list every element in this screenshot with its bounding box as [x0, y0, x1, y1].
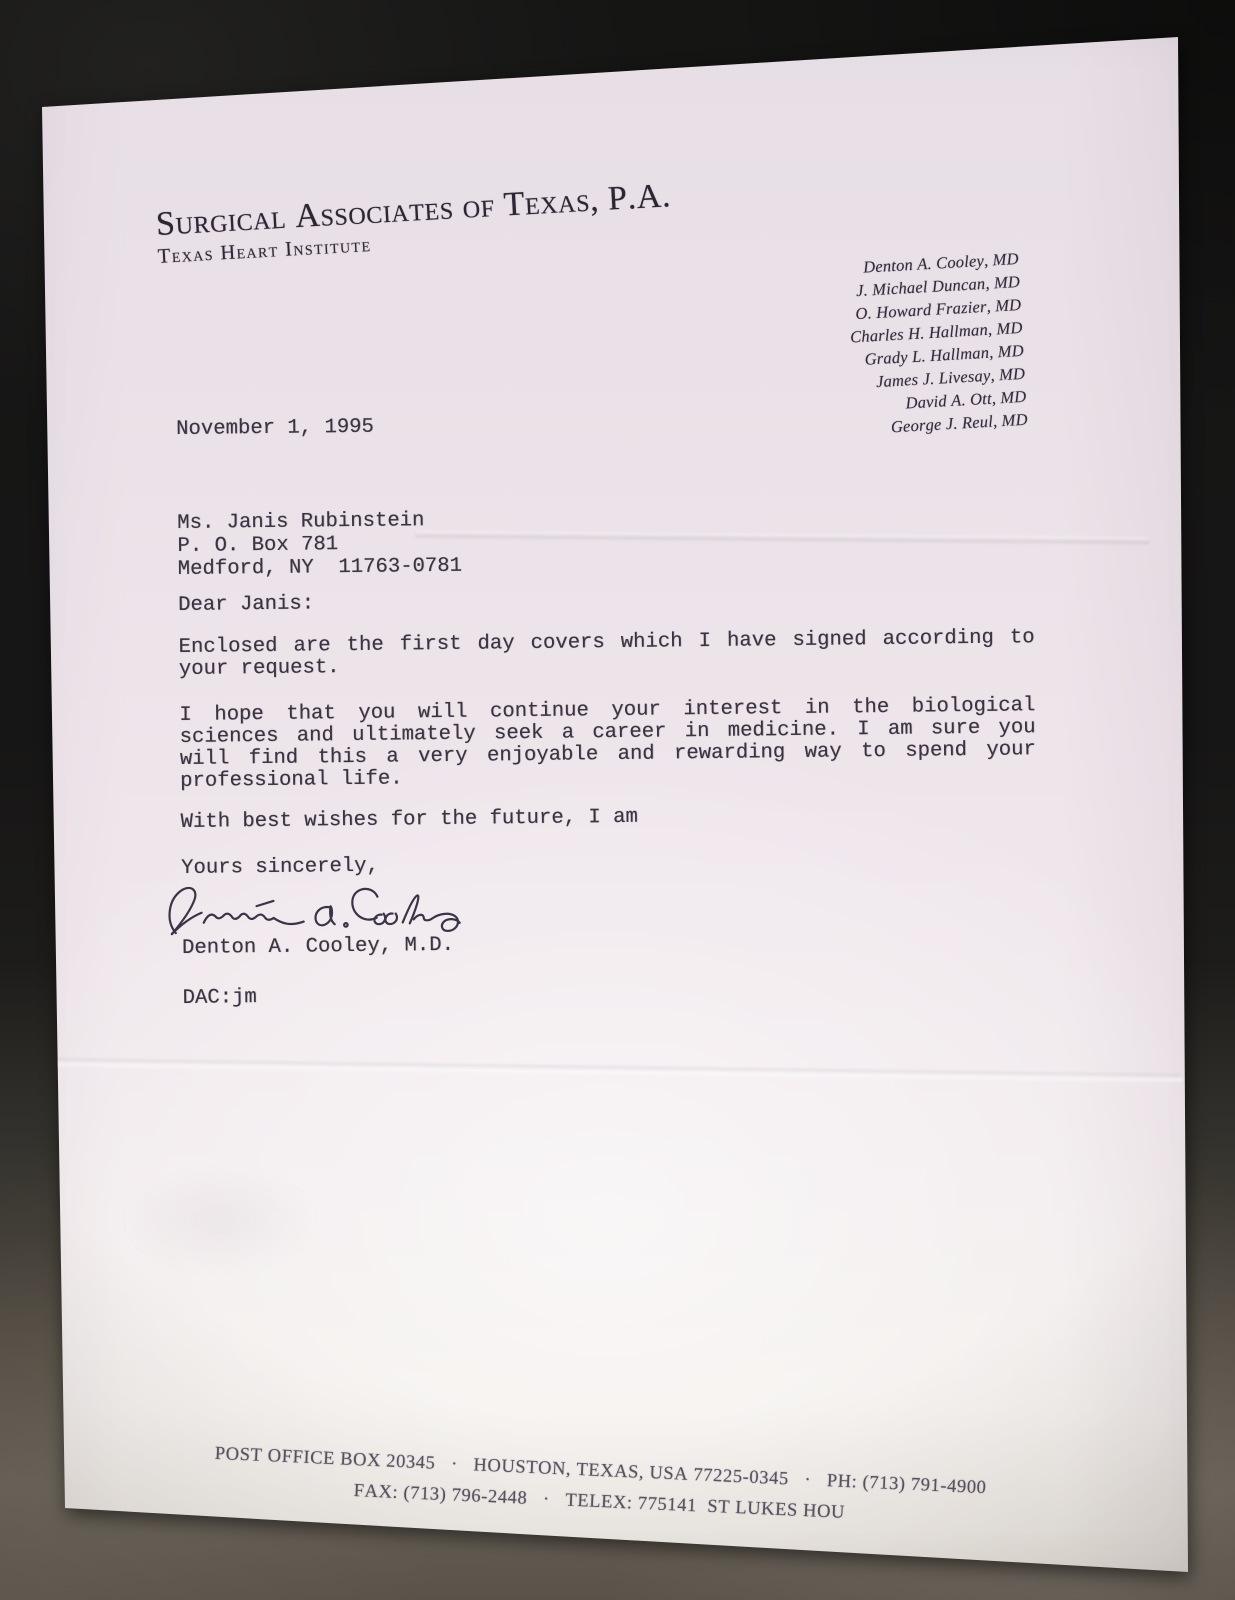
body-paragraph-3: With best wishes for the future, I am	[180, 802, 1060, 834]
letter-body: November 1, 1995 Ms. Janis RubinsteinP. …	[176, 409, 1063, 1010]
photographed-letter: Surgical Associates of Texas, P.A. Texas…	[0, 0, 1235, 1600]
signature	[161, 879, 512, 943]
paper-smudge	[120, 1165, 320, 1275]
fold-crease-lower	[48, 1058, 1183, 1084]
letter-paper: Surgical Associates of Texas, P.A. Texas…	[0, 0, 1235, 1600]
letterhead: Surgical Associates of Texas, P.A. Texas…	[155, 177, 673, 269]
salutation: Dear Janis:	[178, 585, 1058, 617]
reference-initials: DAC:jm	[182, 978, 1062, 1010]
body-paragraph-2: I hope that you will continue your inter…	[179, 695, 1060, 793]
letter-paper-shadow: Surgical Associates of Texas, P.A. Texas…	[0, 0, 1235, 1600]
letter-date: November 1, 1995	[176, 409, 1056, 441]
body-paragraph-1: Enclosed are the first day covers which …	[178, 627, 1058, 681]
text-line: With best wishes for the future, I am	[180, 802, 1036, 834]
signature-area	[181, 870, 1062, 938]
recipient-address: Ms. Janis RubinsteinP. O. Box 781Medford…	[177, 502, 1058, 581]
footer-contact-info: POST OFFICE BOX 20345 · HOUSTON, TEXAS, …	[174, 1437, 1026, 1537]
